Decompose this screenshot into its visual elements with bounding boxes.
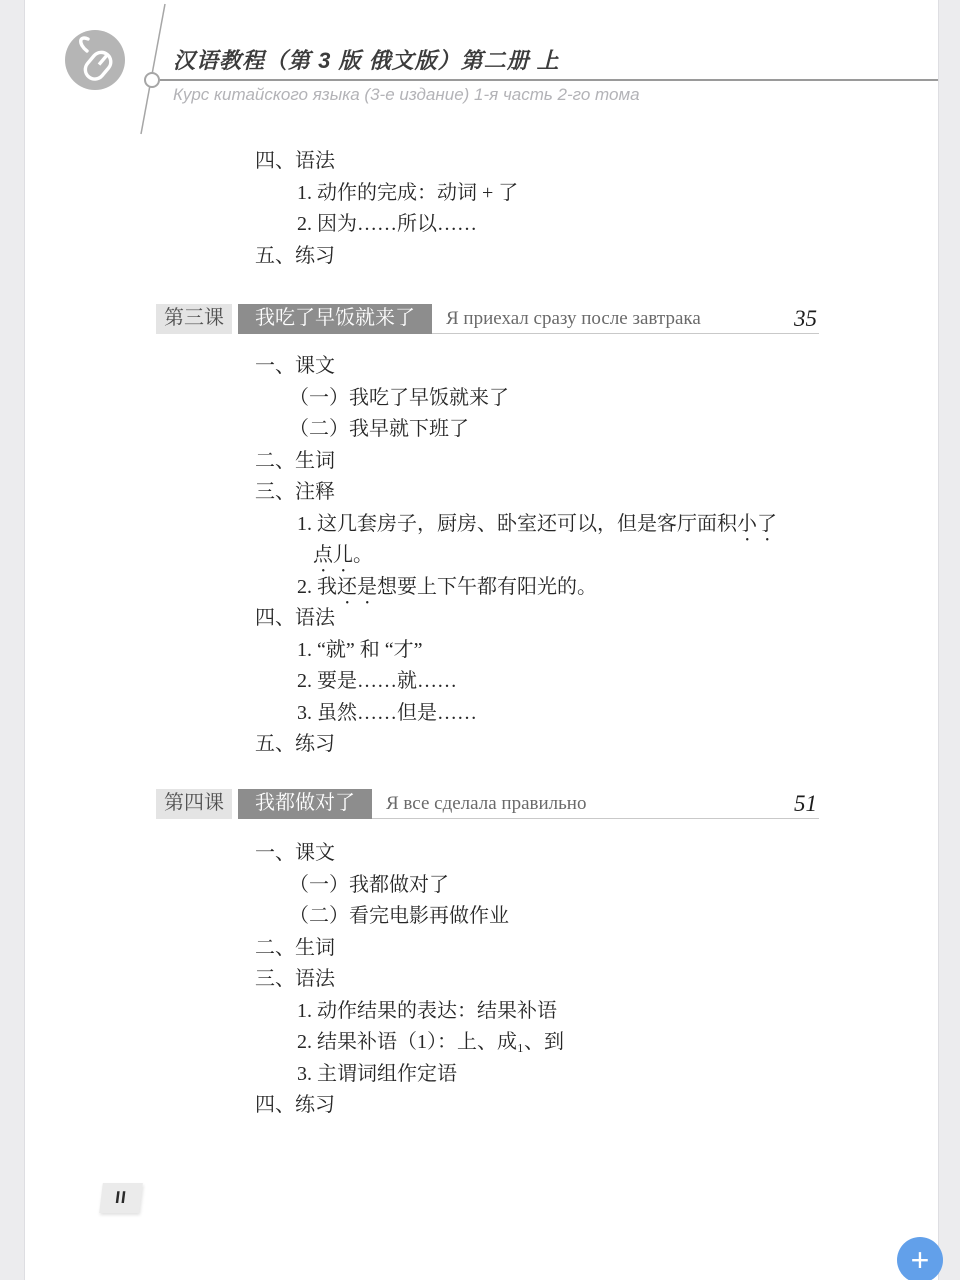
lesson-page-number: 35 bbox=[794, 306, 819, 332]
lesson-4-heading: 第四课 我都做对了 Я все сделала правильно 51 bbox=[156, 789, 819, 819]
mouse-icon bbox=[65, 30, 125, 90]
toc-line: 四、练习 bbox=[25, 1090, 938, 1122]
toc-line: 二、生词 bbox=[25, 446, 938, 478]
toc-line: 三、语法 bbox=[25, 964, 938, 996]
lesson-title-badge: 我都做对了 bbox=[238, 789, 372, 819]
folio-page-number: II bbox=[99, 1183, 143, 1213]
toc-line: （一）我吃了早饭就来了 bbox=[25, 383, 938, 415]
lesson-number-badge: 第三课 bbox=[156, 304, 232, 334]
publisher-logo bbox=[65, 30, 125, 90]
lesson-title-russian: Я приехал сразу после завтрака bbox=[446, 308, 794, 330]
toc-line: 二、生词 bbox=[25, 933, 938, 965]
folio-page-number-text: II bbox=[114, 1188, 128, 1208]
lesson-number-badge: 第四课 bbox=[156, 789, 232, 819]
toc-line: 五、练习 bbox=[25, 241, 938, 273]
book-title-russian: Курс китайского языка (3-е издание) 1-я … bbox=[173, 85, 640, 105]
toc-line: 三、注释 bbox=[25, 477, 938, 509]
toc-line: （二）看完电影再做作业 bbox=[25, 901, 938, 933]
toc-line: 2. 我还是想要上下午都有阳光的。 bbox=[25, 572, 938, 604]
toc-prev-lesson-outline: 四、语法 1. 动作的完成：动词 + 了 2. 因为……所以…… 五、练习 bbox=[25, 146, 938, 272]
toc-line: 2. 因为……所以…… bbox=[25, 209, 938, 241]
lesson-4-outline: 一、课文 （一）我都做对了 （二）看完电影再做作业 二、生词 三、语法 1. 动… bbox=[25, 838, 938, 1122]
toc-line: （一）我都做对了 bbox=[25, 870, 938, 902]
toc-line: 1. 这几套房子，厨房、卧室还可以，但是客厅面积小了 bbox=[25, 509, 938, 541]
book-page: 汉语教程（第 3 版 俄文版）第二册 上 Курс китайского язы… bbox=[24, 0, 939, 1280]
toc-line: （二）我早就下班了 bbox=[25, 414, 938, 446]
toc-line: 点儿。 bbox=[25, 540, 938, 572]
toc-line: 2. 要是……就…… bbox=[25, 666, 938, 698]
toc-line: 2. 结果补语（1）：上、成₁、到 bbox=[25, 1027, 938, 1059]
add-button[interactable]: + bbox=[897, 1237, 943, 1280]
toc-line: 1. “就” 和 “才” bbox=[25, 635, 938, 667]
book-title-chinese: 汉语教程（第 3 版 俄文版）第二册 上 bbox=[173, 44, 560, 75]
lesson-heading-rule: Я приехал сразу после завтрака 35 bbox=[432, 304, 819, 334]
lesson-3-heading: 第三课 我吃了早饭就来了 Я приехал сразу после завтр… bbox=[156, 304, 819, 334]
toc-line: 3. 虽然……但是…… bbox=[25, 698, 938, 730]
lesson-title-russian: Я все сделала правильно bbox=[386, 793, 794, 815]
toc-line: 一、课文 bbox=[25, 838, 938, 870]
lesson-page-number: 51 bbox=[794, 791, 819, 817]
toc-line: 四、语法 bbox=[25, 603, 938, 635]
toc-line: 四、语法 bbox=[25, 146, 938, 178]
toc-line: 1. 动作结果的表达：结果补语 bbox=[25, 996, 938, 1028]
toc-line: 1. 动作的完成：动词 + 了 bbox=[25, 178, 938, 210]
lesson-heading-rule: Я все сделала правильно 51 bbox=[372, 789, 819, 819]
lesson-title-badge: 我吃了早饭就来了 bbox=[238, 304, 432, 334]
lesson-3-outline: 一、课文 （一）我吃了早饭就来了 （二）我早就下班了 二、生词 三、注释 1. … bbox=[25, 351, 938, 761]
plus-icon: + bbox=[911, 1244, 930, 1276]
toc-line: 一、课文 bbox=[25, 351, 938, 383]
toc-line: 3. 主谓词组作定语 bbox=[25, 1059, 938, 1091]
toc-line: 五、练习 bbox=[25, 729, 938, 761]
